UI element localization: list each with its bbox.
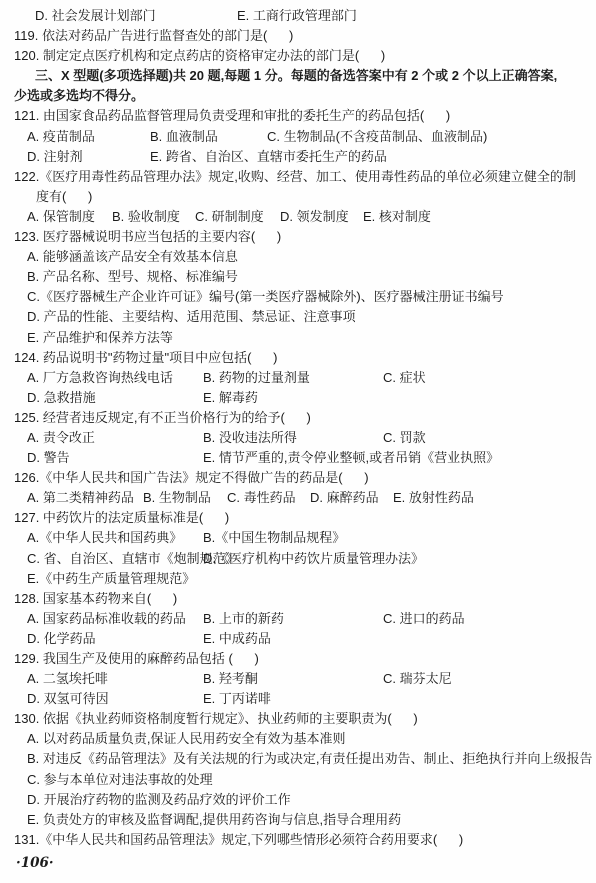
question-127: 127. 中药饮片的法定质量标准是( ) xyxy=(0,508,596,528)
option-a: A. 第二类精神药品 xyxy=(27,488,143,508)
option-b: B. 上市的新药 xyxy=(203,609,383,629)
option-c: C. 参与本单位对违法事故的处理 xyxy=(0,770,596,790)
option-e: E. 跨省、自治区、直辖市委托生产的药品 xyxy=(150,147,267,167)
question-122-continuation: 度有( ) xyxy=(0,187,596,207)
option-c: C. 进口的药品 xyxy=(383,609,465,629)
option-a: A. 国家药品标准收载的药品 xyxy=(27,609,203,629)
option-b: B. 药物的过量剂量 xyxy=(203,368,383,388)
option-c: C. 毒性药品 xyxy=(227,488,310,508)
question-123: 123. 医疗器械说明书应当包括的主要内容( ) xyxy=(0,227,596,247)
question-124: 124. 药品说明书"药物过量"项目中应包括( ) xyxy=(0,348,596,368)
option-c: C. 研制制度 xyxy=(195,207,280,227)
option-a: A. 疫苗制品 xyxy=(27,127,150,147)
section-header-line2: 少选或多选均不得分。 xyxy=(0,86,596,106)
question-121-option-row: A. 疫苗制品 B. 血液制品 C. 生物制品(不含疫苗制品、血液制品) xyxy=(0,127,596,147)
option-c: C. 症状 xyxy=(383,368,426,388)
question-129-option-row: D. 双氢可待因 E. 丁丙诺啡 xyxy=(0,689,596,709)
question-126-option-row: A. 第二类精神药品 B. 生物制品 C. 毒性药品 D. 麻醉药品 E. 放射… xyxy=(0,488,596,508)
option-c: C.《医疗器械生产企业许可证》编号(第一类医疗器械除外)、医疗器械注册证书编号 xyxy=(0,287,596,307)
option-d: D. 产品的性能、主要结构、适用范围、禁忌证、注意事项 xyxy=(0,307,596,327)
option-b: B. 羟考酮 xyxy=(203,669,383,689)
option-d: D.《医疗机构中药饮片质量管理办法》 xyxy=(203,549,424,569)
option-a: A. 能够涵盖该产品安全有效基本信息 xyxy=(0,247,596,267)
option-a: A.《中华人民共和国药典》 xyxy=(27,528,203,548)
option-d: D. 化学药品 xyxy=(27,629,203,649)
question-122-option-row: A. 保管制度 B. 验收制度 C. 研制制度 D. 领发制度 E. 核对制度 xyxy=(0,207,596,227)
option-e: E.《中药生产质量管理规范》 xyxy=(0,569,596,589)
question-131: 131.《中华人民共和国药品管理法》规定,下列哪些情形必须符合药用要求( ) xyxy=(0,830,596,850)
question-129: 129. 我国生产及使用的麻醉药品包括 ( ) xyxy=(0,649,596,669)
question-125-option-row: A. 责令改正 B. 没收违法所得 C. 罚款 xyxy=(0,428,596,448)
question-130: 130. 依据《执业药师资格制度暂行规定》、执业药师的主要职责为( ) xyxy=(0,709,596,729)
question-125: 125. 经营者违反规定,有不正当价格行为的给予( ) xyxy=(0,408,596,428)
option-b: B. 生物制品 xyxy=(143,488,227,508)
option-a: A. 二氢埃托啡 xyxy=(27,669,203,689)
question-121: 121. 由国家食品药品监督管理局负责受理和审批的委托生产的药品包括( ) xyxy=(0,106,596,126)
question-119: 119. 依法对药品广告进行监督查处的部门是( ) xyxy=(0,26,596,46)
option-e: E. 中成药品 xyxy=(203,629,383,649)
exam-page: D. 社会发展计划部门 E. 工商行政管理部门 119. 依法对药品广告进行监督… xyxy=(0,0,596,883)
question-127-option-row: A.《中华人民共和国药典》 B.《中国生物制品规程》 xyxy=(0,528,596,548)
option-c: C. 瑞芬太尼 xyxy=(383,669,452,689)
option-a: A. 厂方急救咨询热线电话 xyxy=(27,368,203,388)
option-b: B. 没收违法所得 xyxy=(203,428,383,448)
option-d: D. 领发制度 xyxy=(280,207,363,227)
option-e: E. 情节严重的,责令停业整顿,或者吊销《营业执照》 xyxy=(203,448,383,468)
option-b: B.《中国生物制品规程》 xyxy=(203,528,345,548)
option-a: A. 以对药品质量负责,保证人民用药安全有效为基本准则 xyxy=(0,729,596,749)
question-128-option-row: D. 化学药品 E. 中成药品 xyxy=(0,629,596,649)
question-120: 120. 制定定点医疗机构和定点药店的资格审定办法的部门是( ) xyxy=(0,46,596,66)
question-121-option-row: D. 注射剂 E. 跨省、自治区、直辖市委托生产的药品 xyxy=(0,147,596,167)
option-d: D. 双氢可待因 xyxy=(27,689,203,709)
question-127-option-row: C. 省、自治区、直辖市《炮制规范》 D.《医疗机构中药饮片质量管理办法》 xyxy=(0,549,596,569)
option-a: A. 保管制度 xyxy=(27,207,112,227)
prev-question-option-row: D. 社会发展计划部门 E. 工商行政管理部门 xyxy=(0,6,596,26)
page-number: ·106· xyxy=(0,853,596,873)
question-128-option-row: A. 国家药品标准收载的药品 B. 上市的新药 C. 进口的药品 xyxy=(0,609,596,629)
option-e: E. 工商行政管理部门 xyxy=(237,6,357,26)
option-d: D. 开展治疗药物的监测及药品疗效的评价工作 xyxy=(0,790,596,810)
question-125-option-row: D. 警告 E. 情节严重的,责令停业整顿,或者吊销《营业执照》 xyxy=(0,448,596,468)
option-c: C. 生物制品(不含疫苗制品、血液制品) xyxy=(267,127,487,147)
question-126: 126.《中华人民共和国广告法》规定不得做广告的药品是( ) xyxy=(0,468,596,488)
option-e: E. 负责处方的审核及监督调配,提供用药咨询与信息,指导合理用药 xyxy=(0,810,596,830)
option-b: B. 对违反《药品管理法》及有关法规的行为或决定,有责任提出劝告、制止、拒绝执行… xyxy=(0,749,596,769)
option-d: D. 急救措施 xyxy=(27,388,203,408)
option-e: E. 核对制度 xyxy=(363,207,431,227)
option-e: E. 解毒药 xyxy=(203,388,383,408)
option-a: A. 责令改正 xyxy=(27,428,203,448)
option-e: E. 产品维护和保养方法等 xyxy=(0,328,596,348)
question-128: 128. 国家基本药物来自( ) xyxy=(0,589,596,609)
question-124-option-row: A. 厂方急救咨询热线电话 B. 药物的过量剂量 C. 症状 xyxy=(0,368,596,388)
option-d: D. 注射剂 xyxy=(27,147,150,167)
option-b: B. 血液制品 xyxy=(150,127,267,147)
option-b: B. 验收制度 xyxy=(112,207,195,227)
option-e: E. 放射性药品 xyxy=(393,488,474,508)
section-header-line1: 三、X 型题(多项选择题)共 20 题,每题 1 分。每题的备选答案中有 2 个… xyxy=(0,66,596,86)
option-d: D. 麻醉药品 xyxy=(310,488,393,508)
question-129-option-row: A. 二氢埃托啡 B. 羟考酮 C. 瑞芬太尼 xyxy=(0,669,596,689)
question-124-option-row: D. 急救措施 E. 解毒药 xyxy=(0,388,596,408)
option-d: D. 社会发展计划部门 xyxy=(35,6,237,26)
option-c: C. 省、自治区、直辖市《炮制规范》 xyxy=(27,549,203,569)
option-c: C. 罚款 xyxy=(383,428,426,448)
option-e: E. 丁丙诺啡 xyxy=(203,689,383,709)
question-122: 122.《医疗用毒性药品管理办法》规定,收购、经营、加工、使用毒性药品的单位必须… xyxy=(0,167,596,187)
option-b: B. 产品名称、型号、规格、标准编号 xyxy=(0,267,596,287)
option-d: D. 警告 xyxy=(27,448,203,468)
